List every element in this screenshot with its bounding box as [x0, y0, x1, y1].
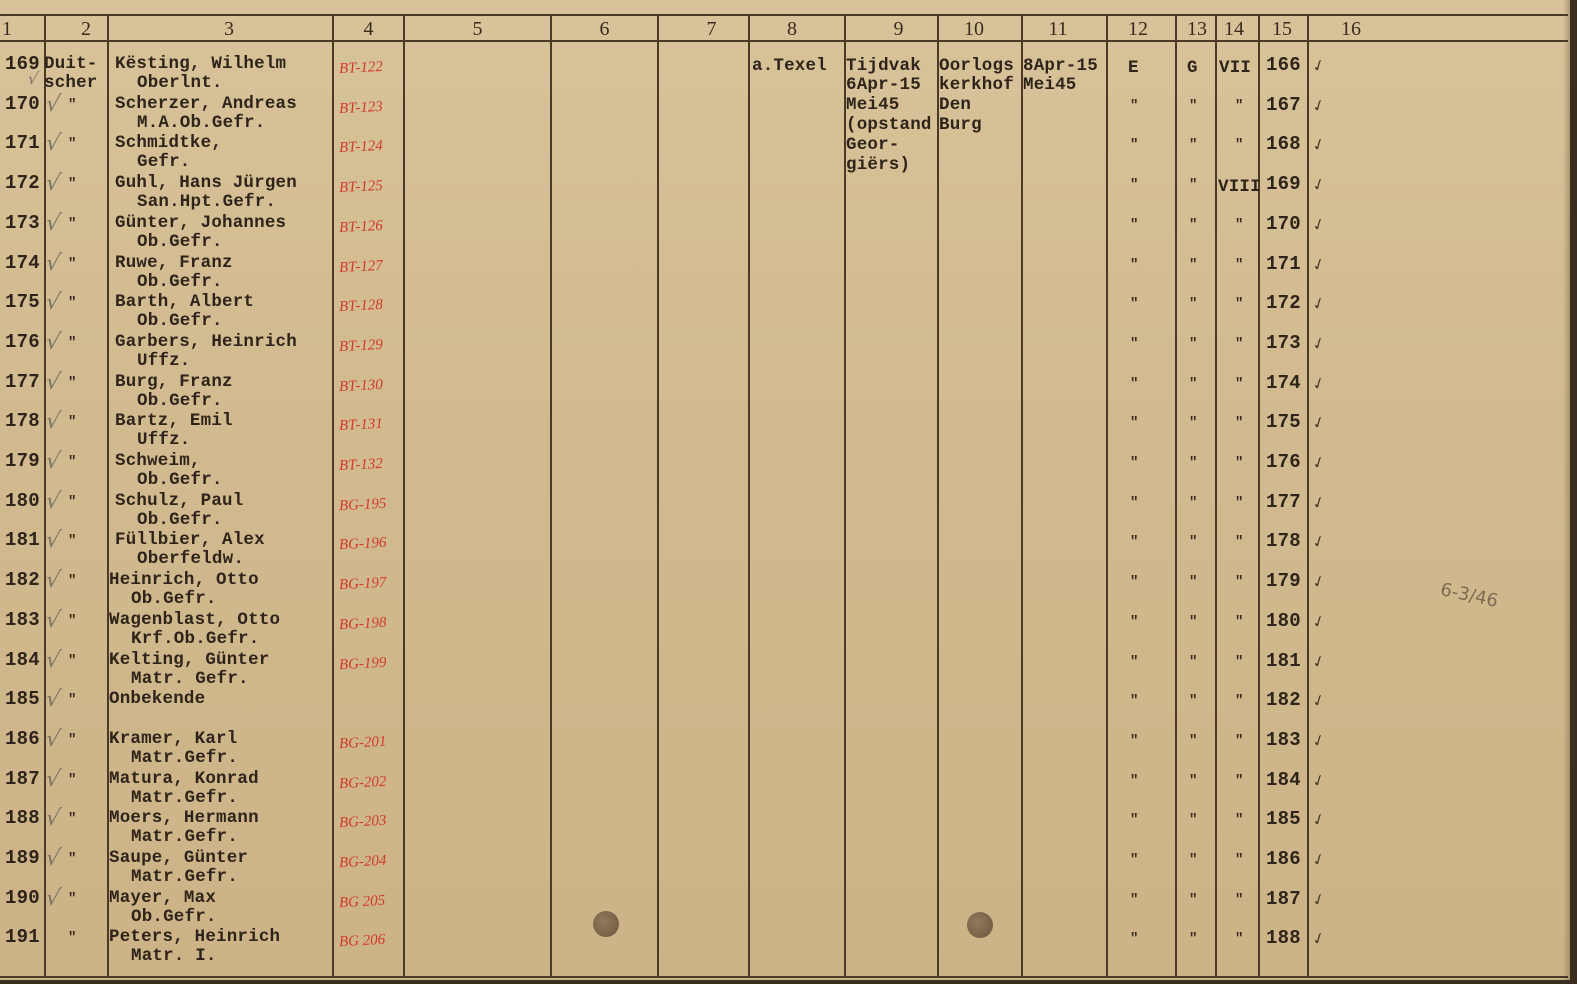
ditto-mark: ": [1189, 177, 1197, 193]
nationality-line-2: scher: [44, 74, 98, 93]
rank-field: Ob.Gefr.: [131, 908, 217, 927]
grave-code: BT-128: [339, 297, 384, 316]
check-mark-icon: √: [44, 290, 62, 315]
name-field: Günter, Johannes: [115, 214, 286, 233]
grave-code: BT-129: [339, 337, 384, 356]
tick-mark-icon: ✓: [1309, 54, 1328, 76]
ditto-mark: ": [1235, 257, 1243, 273]
grave-code: BT-132: [339, 456, 384, 475]
rank-field: Ob.Gefr.: [137, 511, 223, 530]
ditto-mark: ": [1235, 137, 1243, 153]
ditto-mark: ": [1189, 495, 1197, 511]
tick-mark-icon: ✓: [1309, 253, 1328, 275]
ditto-mark: ": [1235, 376, 1243, 392]
check-mark-icon: √: [26, 69, 40, 88]
row-number: 178: [5, 412, 40, 431]
grave-code: BT-124: [339, 138, 384, 157]
rank-field: Matr. Gefr.: [131, 670, 249, 689]
ditto-mark: ": [68, 216, 76, 232]
column-header-8: 8: [750, 18, 834, 40]
grave-code: BT-125: [339, 178, 384, 197]
tick-mark-icon: ✓: [1309, 650, 1328, 672]
rank-field: Matr.Gefr.: [131, 828, 238, 847]
sequence-number: 188: [1266, 929, 1301, 948]
rank-field: Oberfeldw.: [137, 550, 244, 569]
ditto-mark: ": [1130, 455, 1138, 471]
ditto-mark: ": [1235, 614, 1243, 630]
ditto-mark: ": [68, 891, 76, 907]
check-mark-icon: √: [44, 608, 62, 633]
name-field: Matura, Konrad: [109, 770, 259, 789]
sequence-number: 180: [1266, 612, 1301, 631]
col-divider: [403, 14, 405, 976]
ditto-mark: ": [1235, 654, 1243, 670]
ditto-mark: ": [68, 930, 76, 946]
ditto-mark: ": [1189, 574, 1197, 590]
tick-mark-icon: ✓: [1309, 570, 1328, 592]
col-divider: [332, 14, 334, 976]
tick-mark-icon: ✓: [1309, 133, 1328, 155]
row-number: 179: [5, 452, 40, 471]
sequence-number: 187: [1266, 890, 1301, 909]
header-rule: [0, 40, 1568, 42]
rank-field: Ob.Gefr.: [137, 273, 223, 292]
row-number: 172: [5, 174, 40, 193]
grave-code: BG-203: [339, 813, 387, 832]
ditto-mark: ": [1235, 812, 1243, 828]
check-mark-icon: √: [44, 528, 62, 553]
ditto-mark: ": [68, 454, 76, 470]
place-of-death: a.Texel: [752, 57, 827, 76]
ditto-mark: ": [1189, 296, 1197, 312]
ditto-mark: ": [1130, 654, 1138, 670]
name-field: Garbers, Heinrich: [115, 333, 297, 352]
tick-mark-icon: ✓: [1309, 332, 1328, 354]
ditto-mark: ": [1130, 812, 1138, 828]
rank-field: M.A.Ob.Gefr.: [137, 114, 265, 133]
ditto-mark: ": [68, 732, 76, 748]
name-field: Peters, Heinrich: [109, 928, 280, 947]
rank-field: Ob.Gefr.: [131, 590, 217, 609]
ditto-mark: ": [1235, 574, 1243, 590]
grave-code: BT-122: [339, 59, 384, 78]
check-mark-icon: √: [44, 568, 62, 593]
column-header-10: 10: [939, 18, 1009, 40]
name-field: Onbekende: [109, 690, 205, 709]
rank-field: San.Hpt.Gefr.: [137, 193, 276, 212]
row-number: 186: [5, 730, 40, 749]
punch-hole: [967, 912, 993, 938]
sequence-number: 181: [1266, 652, 1301, 671]
rank-field: Ob.Gefr.: [137, 392, 223, 411]
check-mark-icon: √: [44, 767, 62, 792]
col-divider: [107, 14, 109, 976]
ditto-mark: ": [1189, 336, 1197, 352]
grave-code: BT-126: [339, 218, 384, 237]
period-line-1: Tijdvak: [846, 57, 921, 76]
ditto-mark: ": [68, 851, 76, 867]
ditto-mark: ": [1235, 217, 1243, 233]
ditto-mark: ": [1130, 892, 1138, 908]
sequence-number: 172: [1266, 294, 1301, 313]
ditto-mark: ": [1189, 931, 1197, 947]
tick-mark-icon: ✓: [1309, 451, 1328, 473]
row-number: 187: [5, 770, 40, 789]
sequence-number: 182: [1266, 691, 1301, 710]
tick-mark-icon: ✓: [1309, 372, 1328, 394]
check-mark-icon: √: [44, 409, 62, 434]
column-header-11: 11: [1023, 18, 1093, 40]
sequence-number: 175: [1266, 413, 1301, 432]
tick-mark-icon: ✓: [1309, 610, 1328, 632]
ditto-mark: ": [1235, 534, 1243, 550]
ditto-mark: ": [68, 414, 76, 430]
row-number: 173: [5, 214, 40, 233]
ditto-mark: ": [68, 573, 76, 589]
name-field: Guhl, Hans Jürgen: [115, 174, 297, 193]
ditto-mark: ": [1130, 733, 1138, 749]
col-divider: [550, 14, 552, 976]
ditto-mark: ": [1189, 376, 1197, 392]
check-mark-icon: √: [44, 687, 62, 712]
check-mark-icon: √: [44, 648, 62, 673]
row-number: 170: [5, 95, 40, 114]
ditto-mark: ": [1130, 852, 1138, 868]
tick-mark-icon: ✓: [1309, 888, 1328, 910]
ditto-mark: ": [1130, 257, 1138, 273]
name-field: Mayer, Max: [109, 889, 216, 908]
rank-field: Oberlnt.: [137, 74, 223, 93]
nationality-line-1: Duit-: [44, 55, 98, 74]
ditto-mark: ": [68, 811, 76, 827]
grave-code: BG 206: [339, 932, 386, 951]
col-divider: [1215, 14, 1217, 976]
tick-mark-icon: ✓: [1309, 411, 1328, 433]
ditto-mark: ": [1130, 217, 1138, 233]
ditto-mark: ": [68, 613, 76, 629]
ditto-mark: ": [1235, 495, 1243, 511]
row-number: 185: [5, 690, 40, 709]
date-line-2: Mei45: [1023, 76, 1077, 95]
period-line-6: giërs): [846, 156, 910, 175]
grave-code: BG-199: [339, 655, 387, 674]
bottom-rule: [0, 976, 1568, 978]
col12-first: E: [1128, 59, 1139, 78]
name-field: Schweim,: [115, 452, 201, 471]
ditto-mark: ": [1189, 137, 1197, 153]
tick-mark-icon: ✓: [1309, 530, 1328, 552]
tick-mark-icon: ✓: [1309, 292, 1328, 314]
name-field: Schulz, Paul: [115, 492, 243, 511]
ditto-mark: ": [1189, 257, 1197, 273]
name-field: Saupe, Günter: [109, 849, 248, 868]
column-header-4: 4: [334, 18, 403, 40]
row-number: 184: [5, 651, 40, 670]
rank-field: Ob.Gefr.: [137, 312, 223, 331]
grave-code: BG 205: [339, 893, 386, 912]
row-number: 174: [5, 254, 40, 273]
row-number: 188: [5, 809, 40, 828]
name-field: Bartz, Emil: [115, 412, 233, 431]
col-divider: [1106, 14, 1108, 976]
col-divider: [657, 14, 659, 976]
register-sheet: 1 2 3 4 5 6 7 8 9 10 11 12 13 14 15 16 D…: [0, 0, 1570, 980]
sequence-number: 171: [1266, 255, 1301, 274]
name-field: Kelting, Günter: [109, 651, 270, 670]
sequence-number: 183: [1266, 731, 1301, 750]
sequence-number: 169: [1266, 175, 1301, 194]
ditto-mark: ": [1189, 693, 1197, 709]
sequence-number: 166: [1266, 56, 1301, 75]
grave-code: BG-195: [339, 496, 387, 515]
date-line-1: 8Apr-15: [1023, 57, 1098, 76]
row-number: 182: [5, 571, 40, 590]
col-divider: [1175, 14, 1177, 976]
ditto-mark: ": [1235, 852, 1243, 868]
name-field: Barth, Albert: [115, 293, 254, 312]
sequence-number: 174: [1266, 374, 1301, 393]
ditto-mark: ": [1235, 773, 1243, 789]
row-number: 181: [5, 531, 40, 550]
burial-line-1: Oorlogs: [939, 57, 1014, 76]
ditto-mark: ": [68, 772, 76, 788]
grave-code: BT-123: [339, 99, 384, 118]
check-mark-icon: √: [44, 370, 62, 395]
row-number: 190: [5, 889, 40, 908]
grave-code: BG-198: [339, 615, 387, 634]
ditto-mark: ": [1189, 812, 1197, 828]
ditto-mark: ": [1130, 177, 1138, 193]
ditto-mark: ": [68, 375, 76, 391]
name-field: Heinrich, Otto: [109, 571, 259, 590]
column-header-15: 15: [1260, 18, 1304, 40]
tick-mark-icon: ✓: [1309, 173, 1328, 195]
tick-mark-icon: ✓: [1309, 491, 1328, 513]
grave-code: BT-127: [339, 258, 384, 277]
ditto-mark: ": [1189, 733, 1197, 749]
name-field: Scherzer, Andreas: [115, 95, 297, 114]
ditto-mark: ": [1189, 654, 1197, 670]
sequence-number: 177: [1266, 493, 1301, 512]
row-number: 189: [5, 849, 40, 868]
name-field: Ruwe, Franz: [115, 254, 233, 273]
tick-mark-icon: ✓: [1309, 689, 1328, 711]
margin-note: 6-3/46: [1438, 579, 1499, 612]
row-number: 175: [5, 293, 40, 312]
ditto-mark: ": [1130, 98, 1138, 114]
ditto-mark: ": [1130, 534, 1138, 550]
row-number: 191: [5, 928, 40, 947]
name-field: Kramer, Karl: [109, 730, 237, 749]
row-number: 171: [5, 134, 40, 153]
check-mark-icon: √: [44, 886, 62, 911]
sequence-number: 184: [1266, 771, 1301, 790]
grave-code: BG-197: [339, 575, 387, 594]
sequence-number: 178: [1266, 532, 1301, 551]
ditto-mark: ": [1189, 852, 1197, 868]
col14-first: VII: [1219, 59, 1251, 78]
row-number: 183: [5, 611, 40, 630]
grave-code: BG-201: [339, 734, 387, 753]
col-divider: [748, 14, 750, 976]
burial-line-4: Burg: [939, 116, 982, 135]
ditto-mark: ": [68, 692, 76, 708]
ditto-mark: ": [1130, 336, 1138, 352]
row-number: 176: [5, 333, 40, 352]
row-number: 177: [5, 373, 40, 392]
sequence-number: 186: [1266, 850, 1301, 869]
burial-line-2: kerkhof: [939, 76, 1014, 95]
column-header-3: 3: [109, 18, 349, 40]
check-mark-icon: √: [44, 489, 62, 514]
check-mark-icon: √: [44, 727, 62, 752]
col-divider: [44, 14, 46, 976]
ditto-mark: ": [1235, 98, 1243, 114]
check-mark-icon: √: [44, 449, 62, 474]
column-header-12: 12: [1108, 18, 1168, 40]
check-mark-icon: √: [44, 92, 62, 117]
ditto-mark: ": [1189, 534, 1197, 550]
sequence-number: 185: [1266, 810, 1301, 829]
grave-code: BG-202: [339, 774, 387, 793]
column-header-9: 9: [846, 18, 951, 40]
sequence-number: 170: [1266, 215, 1301, 234]
check-mark-icon: √: [44, 806, 62, 831]
ditto-mark: ": [1235, 455, 1243, 471]
ditto-mark: ": [68, 494, 76, 510]
check-mark-icon: √: [44, 251, 62, 276]
rank-field: Matr. I.: [131, 947, 217, 966]
ditto-mark: ": [68, 176, 76, 192]
rank-field: Ob.Gefr.: [137, 233, 223, 252]
check-mark-icon: √: [44, 846, 62, 871]
ditto-mark: ": [68, 335, 76, 351]
column-header-1: 1: [2, 18, 32, 40]
col14-change: VIII: [1218, 178, 1261, 197]
rank-field: Gefr.: [137, 153, 191, 172]
ditto-mark: ": [68, 653, 76, 669]
ditto-mark: ": [1235, 296, 1243, 312]
ditto-mark: ": [1130, 773, 1138, 789]
period-line-3: Mei45: [846, 96, 900, 115]
ditto-mark: ": [1189, 98, 1197, 114]
check-mark-icon: √: [44, 211, 62, 236]
period-line-5: Geor-: [846, 136, 900, 155]
col-divider: [937, 14, 939, 976]
ditto-mark: ": [1189, 455, 1197, 471]
ditto-mark: ": [1235, 892, 1243, 908]
tick-mark-icon: ✓: [1309, 213, 1328, 235]
tick-mark-icon: ✓: [1309, 848, 1328, 870]
column-header-6: 6: [552, 18, 657, 40]
punch-hole: [593, 911, 619, 937]
ditto-mark: ": [1235, 733, 1243, 749]
ditto-mark: ": [1130, 415, 1138, 431]
name-field: Schmidtke,: [115, 134, 222, 153]
ditto-mark: ": [1130, 931, 1138, 947]
col-divider: [1258, 14, 1260, 976]
ditto-mark: ": [1189, 217, 1197, 233]
ditto-mark: ": [1130, 574, 1138, 590]
tick-mark-icon: ✓: [1309, 808, 1328, 830]
col13-first: G: [1187, 59, 1198, 78]
ditto-mark: ": [1130, 296, 1138, 312]
name-field: Füllbier, Alex: [115, 531, 265, 550]
column-header-16: 16: [1309, 18, 1393, 40]
top-rule: [0, 14, 1568, 16]
rank-field: Matr.Gefr.: [131, 868, 238, 887]
tick-mark-icon: ✓: [1309, 94, 1328, 116]
sequence-number: 168: [1266, 135, 1301, 154]
sequence-number: 179: [1266, 572, 1301, 591]
period-line-2: 6Apr-15: [846, 76, 921, 95]
ditto-mark: ": [68, 97, 76, 113]
check-mark-icon: √: [44, 131, 62, 156]
sequence-number: 167: [1266, 96, 1301, 115]
ditto-mark: ": [68, 256, 76, 272]
rank-field: Matr.Gefr.: [131, 749, 238, 768]
column-header-7: 7: [659, 18, 764, 40]
grave-code: BT-131: [339, 416, 384, 435]
ditto-mark: ": [1130, 495, 1138, 511]
ditto-mark: ": [1130, 137, 1138, 153]
check-mark-icon: √: [44, 171, 62, 196]
ditto-mark: ": [68, 295, 76, 311]
grave-code: BG-196: [339, 535, 387, 554]
ditto-mark: ": [1235, 415, 1243, 431]
period-line-4: (opstand: [846, 116, 932, 135]
name-field: Kësting, Wilhelm: [115, 55, 286, 74]
burial-line-3: Den: [939, 96, 971, 115]
ditto-mark: ": [1130, 693, 1138, 709]
sequence-number: 173: [1266, 334, 1301, 353]
ditto-mark: ": [1130, 376, 1138, 392]
ditto-mark: ": [68, 136, 76, 152]
col-divider: [1021, 14, 1023, 976]
name-field: Burg, Franz: [115, 373, 233, 392]
ditto-mark: ": [1235, 336, 1243, 352]
column-header-14: 14: [1214, 18, 1254, 40]
rank-field: Uffz.: [137, 431, 191, 450]
ditto-mark: ": [1189, 415, 1197, 431]
ditto-mark: ": [1235, 931, 1243, 947]
grave-code: BT-130: [339, 377, 384, 396]
column-header-13: 13: [1177, 18, 1217, 40]
rank-field: Uffz.: [137, 352, 191, 371]
tick-mark-icon: ✓: [1309, 769, 1328, 791]
rank-field: Ob.Gefr.: [137, 471, 223, 490]
grave-code: BG-204: [339, 853, 387, 872]
name-field: Wagenblast, Otto: [109, 611, 280, 630]
sequence-number: 176: [1266, 453, 1301, 472]
ditto-mark: ": [1189, 892, 1197, 908]
ditto-mark: ": [1130, 614, 1138, 630]
ditto-mark: ": [1189, 773, 1197, 789]
tick-mark-icon: ✓: [1309, 927, 1328, 949]
check-mark-icon: √: [44, 330, 62, 355]
ditto-mark: ": [1235, 693, 1243, 709]
name-field: Moers, Hermann: [109, 809, 259, 828]
ditto-mark: ": [1189, 614, 1197, 630]
row-number: 180: [5, 492, 40, 511]
column-header-5: 5: [405, 18, 550, 40]
rank-field: Matr.Gefr.: [131, 789, 238, 808]
ditto-mark: ": [68, 533, 76, 549]
tick-mark-icon: ✓: [1309, 729, 1328, 751]
rank-field: Krf.Ob.Gefr.: [131, 630, 259, 649]
